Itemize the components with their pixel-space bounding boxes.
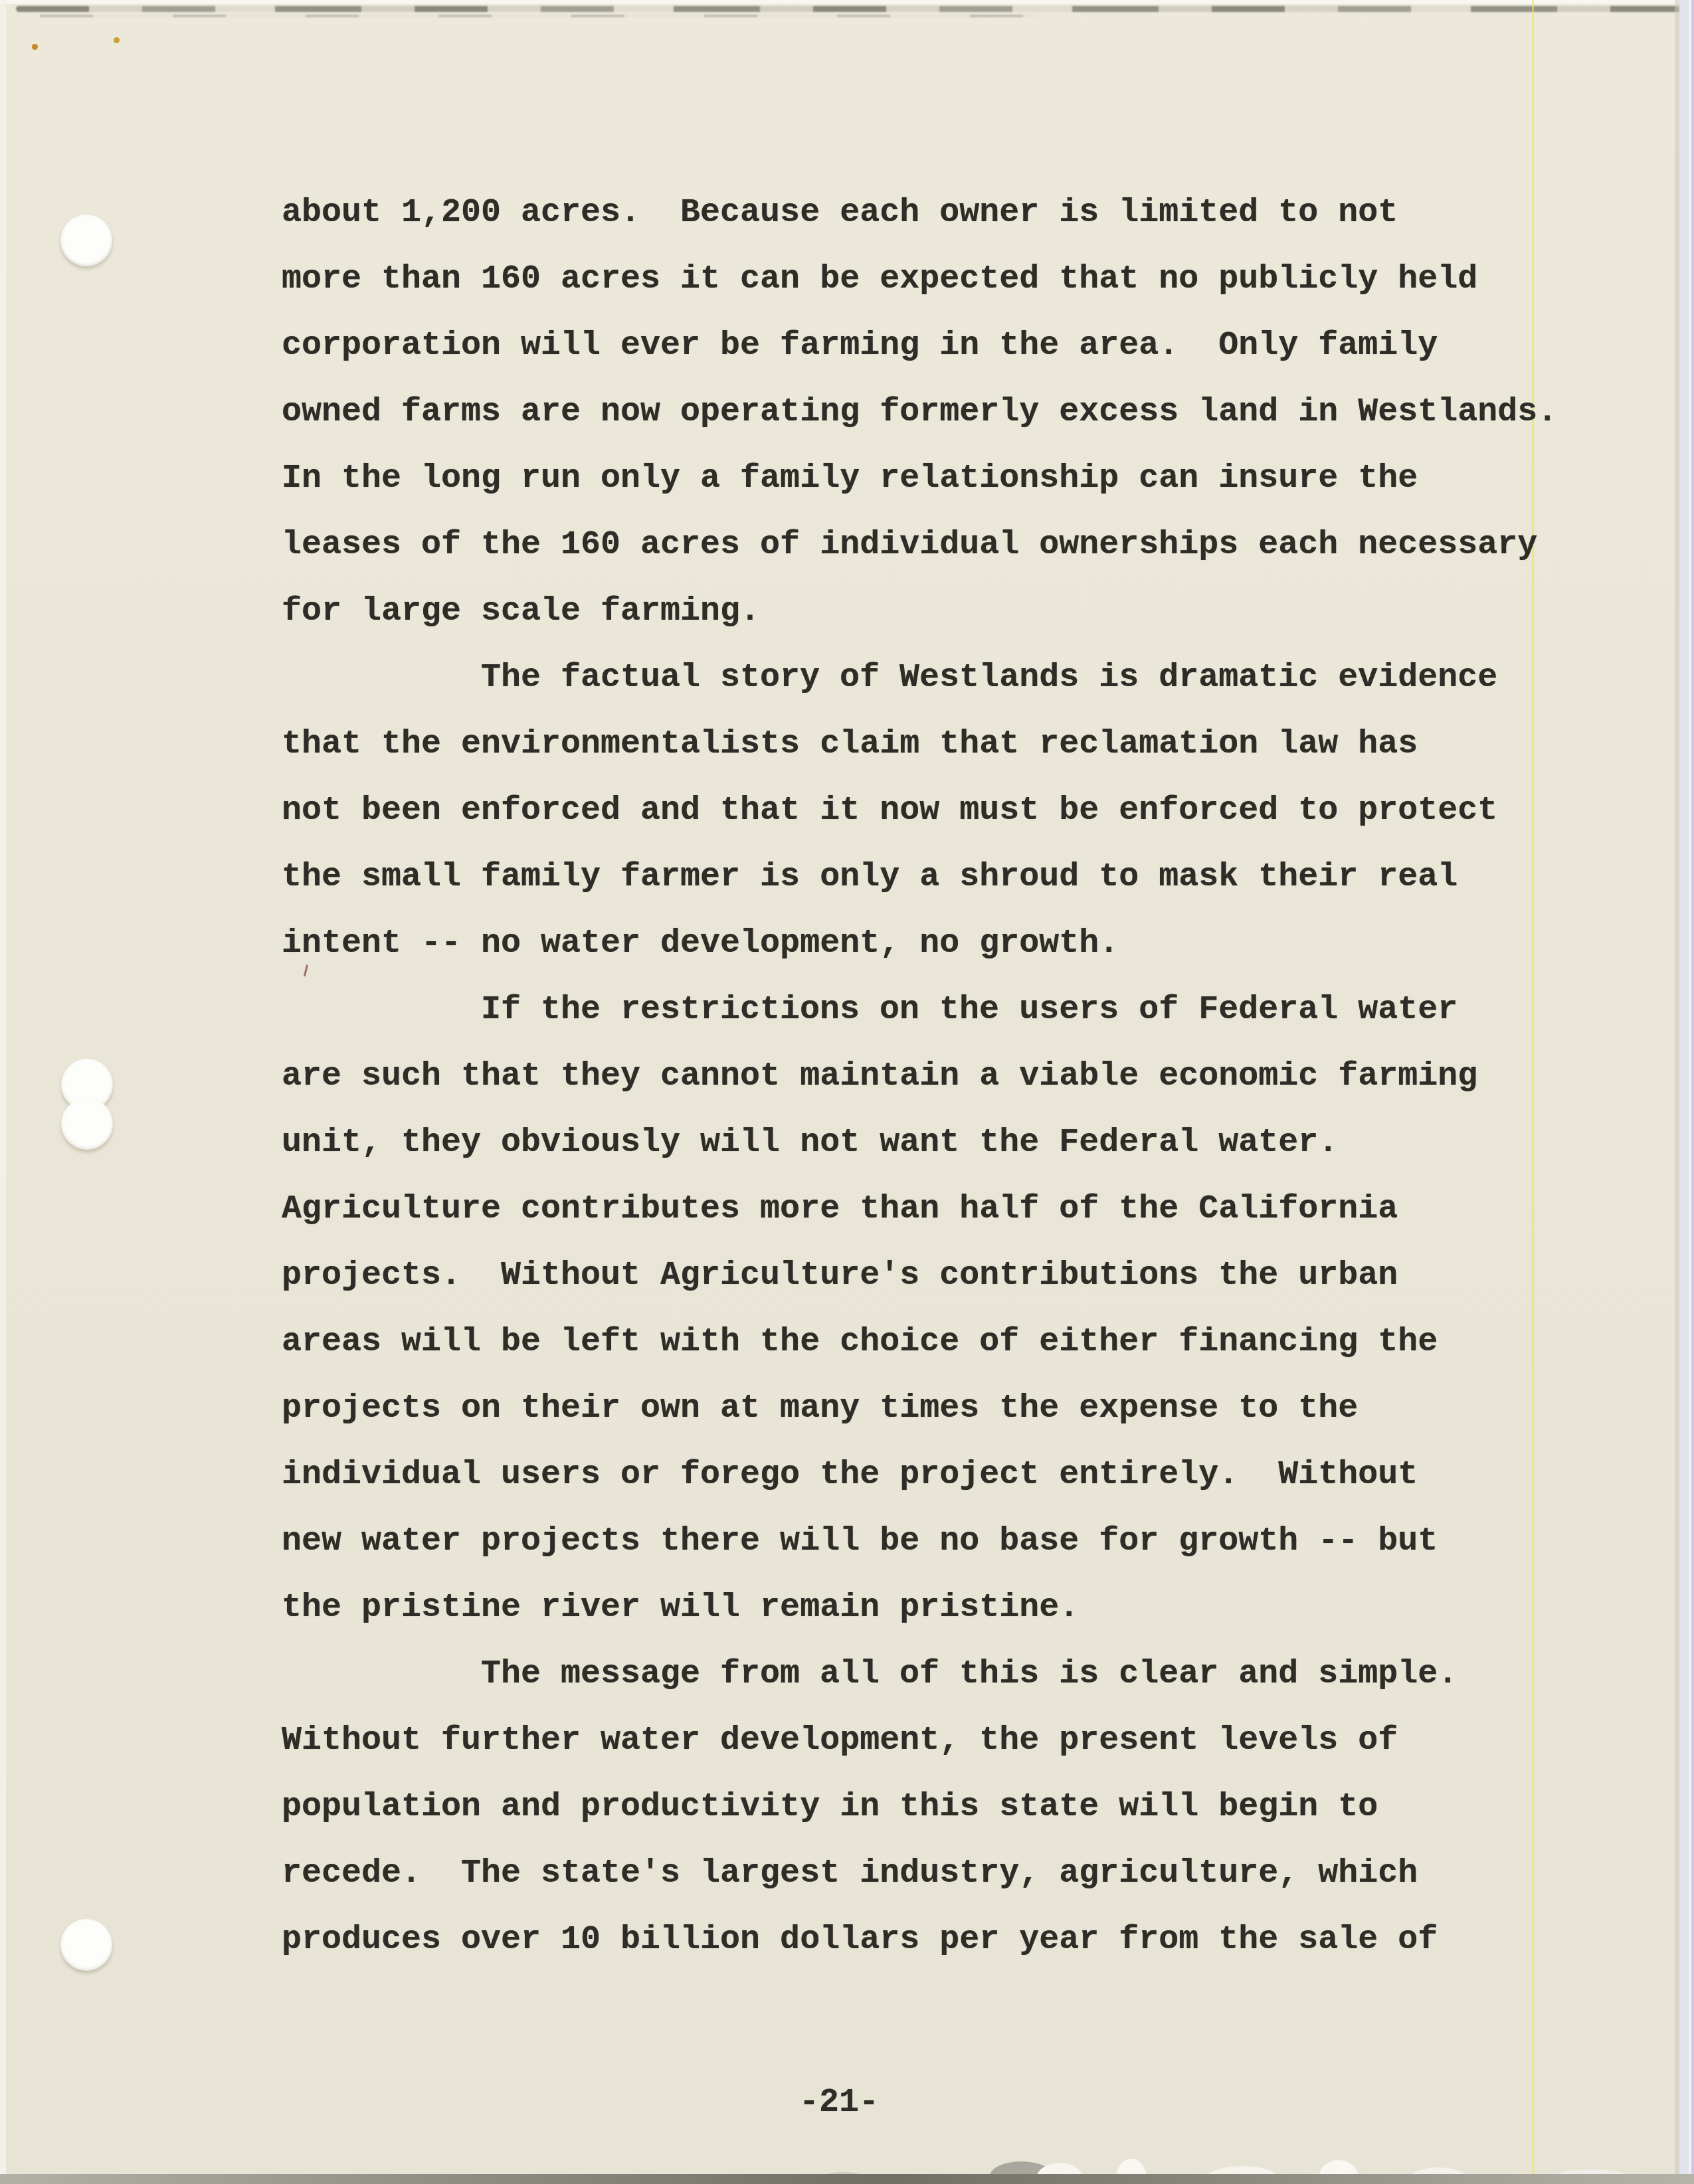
- text-line: The message from all of this is clear an…: [282, 1641, 1557, 1708]
- text-line: produces over 10 billion dollars per yea…: [282, 1907, 1557, 1973]
- text-line: more than 160 acres it can be expected t…: [282, 246, 1557, 313]
- text-line: corporation will ever be farming in the …: [282, 313, 1557, 379]
- text-line: The factual story of Westlands is dramat…: [282, 645, 1557, 711]
- paper-speck: [114, 37, 120, 43]
- scanned-typewritten-page: about 1,200 acres. Because each owner is…: [0, 0, 1694, 2184]
- text-line: individual users or forego the project e…: [282, 1442, 1557, 1508]
- hole-punch-top: [60, 215, 112, 266]
- page-right-edge-shadow: [1675, 0, 1679, 2184]
- text-line: population and productivity in this stat…: [282, 1774, 1557, 1841]
- text-line: for large scale farming.: [282, 579, 1557, 645]
- typewritten-text-block: about 1,200 acres. Because each owner is…: [282, 180, 1557, 1973]
- text-line: the pristine river will remain pristine.: [282, 1575, 1557, 1641]
- top-scan-edge: [0, 0, 1694, 4]
- text-line: areas will be left with the choice of ei…: [282, 1309, 1557, 1376]
- text-line: unit, they obviously will not want the F…: [282, 1110, 1557, 1176]
- text-line: about 1,200 acres. Because each owner is…: [282, 180, 1557, 246]
- text-line: new water projects there will be no base…: [282, 1508, 1557, 1575]
- text-line: projects. Without Agriculture's contribu…: [282, 1243, 1557, 1309]
- paper-speck: [32, 44, 38, 50]
- right-scan-edge: [1679, 0, 1689, 2184]
- hole-punch-middle-lower: [61, 1098, 113, 1150]
- text-line: In the long run only a family relationsh…: [282, 446, 1557, 512]
- left-scan-edge: [0, 0, 6, 2184]
- text-line: leases of the 160 acres of individual ow…: [282, 512, 1557, 579]
- text-line: not been enforced and that it now must b…: [282, 778, 1557, 844]
- text-line: Without further water development, the p…: [282, 1708, 1557, 1774]
- hole-punch-bottom: [60, 1919, 112, 1971]
- text-line: owned farms are now operating formerly e…: [282, 379, 1557, 446]
- text-line: Agriculture contributes more than half o…: [282, 1176, 1557, 1243]
- right-scan-edge-lavender: [1691, 0, 1694, 2184]
- page-number: -21-: [799, 2070, 879, 2136]
- text-line: are such that they cannot maintain a via…: [282, 1044, 1557, 1110]
- top-smudge-line-faint: [40, 15, 1036, 17]
- text-line: intent -- no water development, no growt…: [282, 911, 1557, 977]
- text-line: projects on their own at many times the …: [282, 1376, 1557, 1442]
- top-smudge-line: [16, 6, 1681, 12]
- text-line: If the restrictions on the users of Fede…: [282, 977, 1557, 1044]
- text-line: the small family farmer is only a shroud…: [282, 844, 1557, 911]
- bottom-scan-edge: [0, 2174, 1694, 2184]
- text-line: that the environmentalists claim that re…: [282, 711, 1557, 778]
- text-line: recede. The state's largest industry, ag…: [282, 1841, 1557, 1907]
